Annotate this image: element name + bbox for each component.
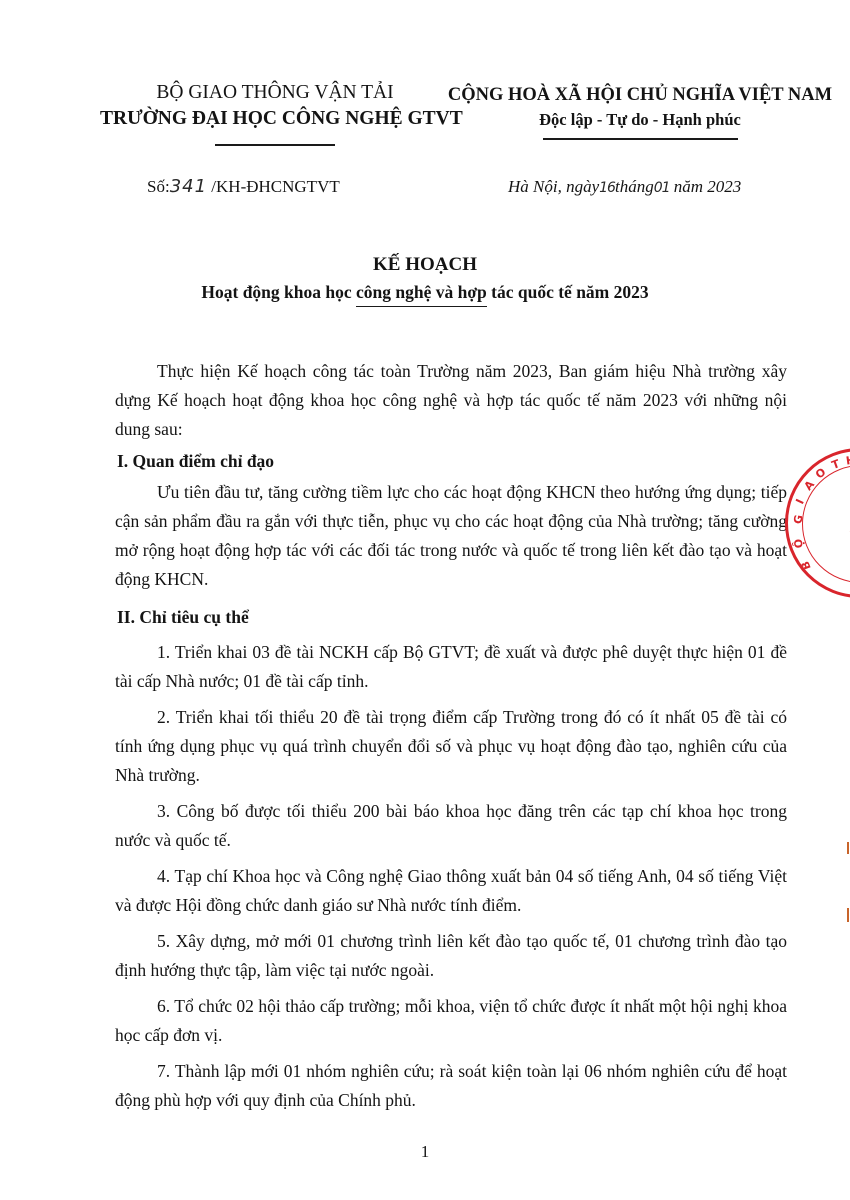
target-item-5: 5. Xây dựng, mở mới 01 chương trình liên… [115,927,787,985]
document-subtitle: Hoạt động khoa học công nghệ và hợp tác … [0,279,850,305]
university-name: TRƯỜNG ĐẠI HỌC CÔNG NGHỆ GTVT [100,106,450,132]
subtitle-underlined: công nghệ và hợp [356,282,487,307]
national-header: CỘNG HOÀ XÃ HỘI CHỦ NGHĨA VIỆT NAM Độc l… [440,82,840,140]
document-title: KẾ HOẠCH [0,252,850,278]
target-item-1: 1. Triển khai 03 đề tài NCKH cấp Bộ GTVT… [115,638,787,696]
date-month-handwritten: 01 [654,180,670,196]
doc-number-prefix: Số: [147,177,170,196]
doc-number-suffix: /KH-ĐHCNGTVT [207,177,340,196]
issuer-underline [215,144,335,146]
seal-center-text: TR ĐẠ CÔN GIAO VẬ [826,477,850,555]
section-1: I. Quan điểm chỉ đạo Ưu tiên đầu tư, tăn… [115,447,787,594]
official-seal-stamp: B Ộ G I A O T H TR ĐẠ CÔN GIAO VẬ [785,448,850,598]
section-paragraph: Ưu tiên đầu tư, tăng cường tiềm lực cho … [115,478,787,594]
target-item-2: 2. Triển khai tối thiểu 20 đề tài trọng … [115,703,787,790]
target-item-4: 4. Tạp chí Khoa học và Công nghệ Giao th… [115,862,787,920]
target-item-3: 3. Công bố được tối thiểu 200 bài báo kh… [115,797,787,855]
target-item-7: 7. Thành lập mới 01 nhóm nghiên cứu; rà … [115,1057,787,1115]
seal-ring-letter: Ộ [792,538,806,548]
subtitle-part1: Hoạt động khoa học [201,282,356,302]
seal-ring-letter: B [799,559,814,571]
country-name: CỘNG HOÀ XÃ HỘI CHỦ NGHĨA VIỆT NAM [440,82,840,108]
section-2: II. Chỉ tiêu cụ thể 1. Triển khai 03 đề … [115,603,787,1115]
seal-ring-letter: I [793,497,807,506]
seal-ring-letter: T [830,457,842,472]
seal-ring-letter: G [791,514,805,525]
intro-section: Thực hiện Kế hoạch công tác toàn Trường … [115,357,787,444]
doc-number-handwritten: 341 [170,176,207,197]
issuer-block: BỘ GIAO THÔNG VẬN TẢI TRƯỜNG ĐẠI HỌC CÔN… [100,80,450,146]
target-item-6: 6. Tổ chức 02 hội thảo cấp trường; mỗi k… [115,992,787,1050]
ministry-name: BỘ GIAO THÔNG VẬN TẢI [100,80,450,106]
document-number: Số:341 /KH-ĐHCNGTVT [147,176,340,197]
page-number: 1 [0,1142,850,1162]
section-heading: II. Chỉ tiêu cụ thể [117,603,787,632]
intro-paragraph: Thực hiện Kế hoạch công tác toàn Trường … [115,357,787,444]
scan-mark [847,908,849,922]
date-year: năm 2023 [670,177,742,196]
national-motto: Độc lập - Tự do - Hạnh phúc [440,108,840,132]
date-day-handwritten: 16 [599,180,615,196]
subtitle-part2: tác quốc tế năm 2023 [487,282,649,302]
date-place: Hà Nội, ngày [508,177,599,196]
date-month-label: tháng [615,177,654,196]
issue-date: Hà Nội, ngày16tháng01 năm 2023 [508,177,741,197]
seal-ring-letter: H [845,453,850,467]
motto-underline [543,138,738,140]
scan-mark [847,842,849,854]
section-heading: I. Quan điểm chỉ đạo [117,447,787,476]
